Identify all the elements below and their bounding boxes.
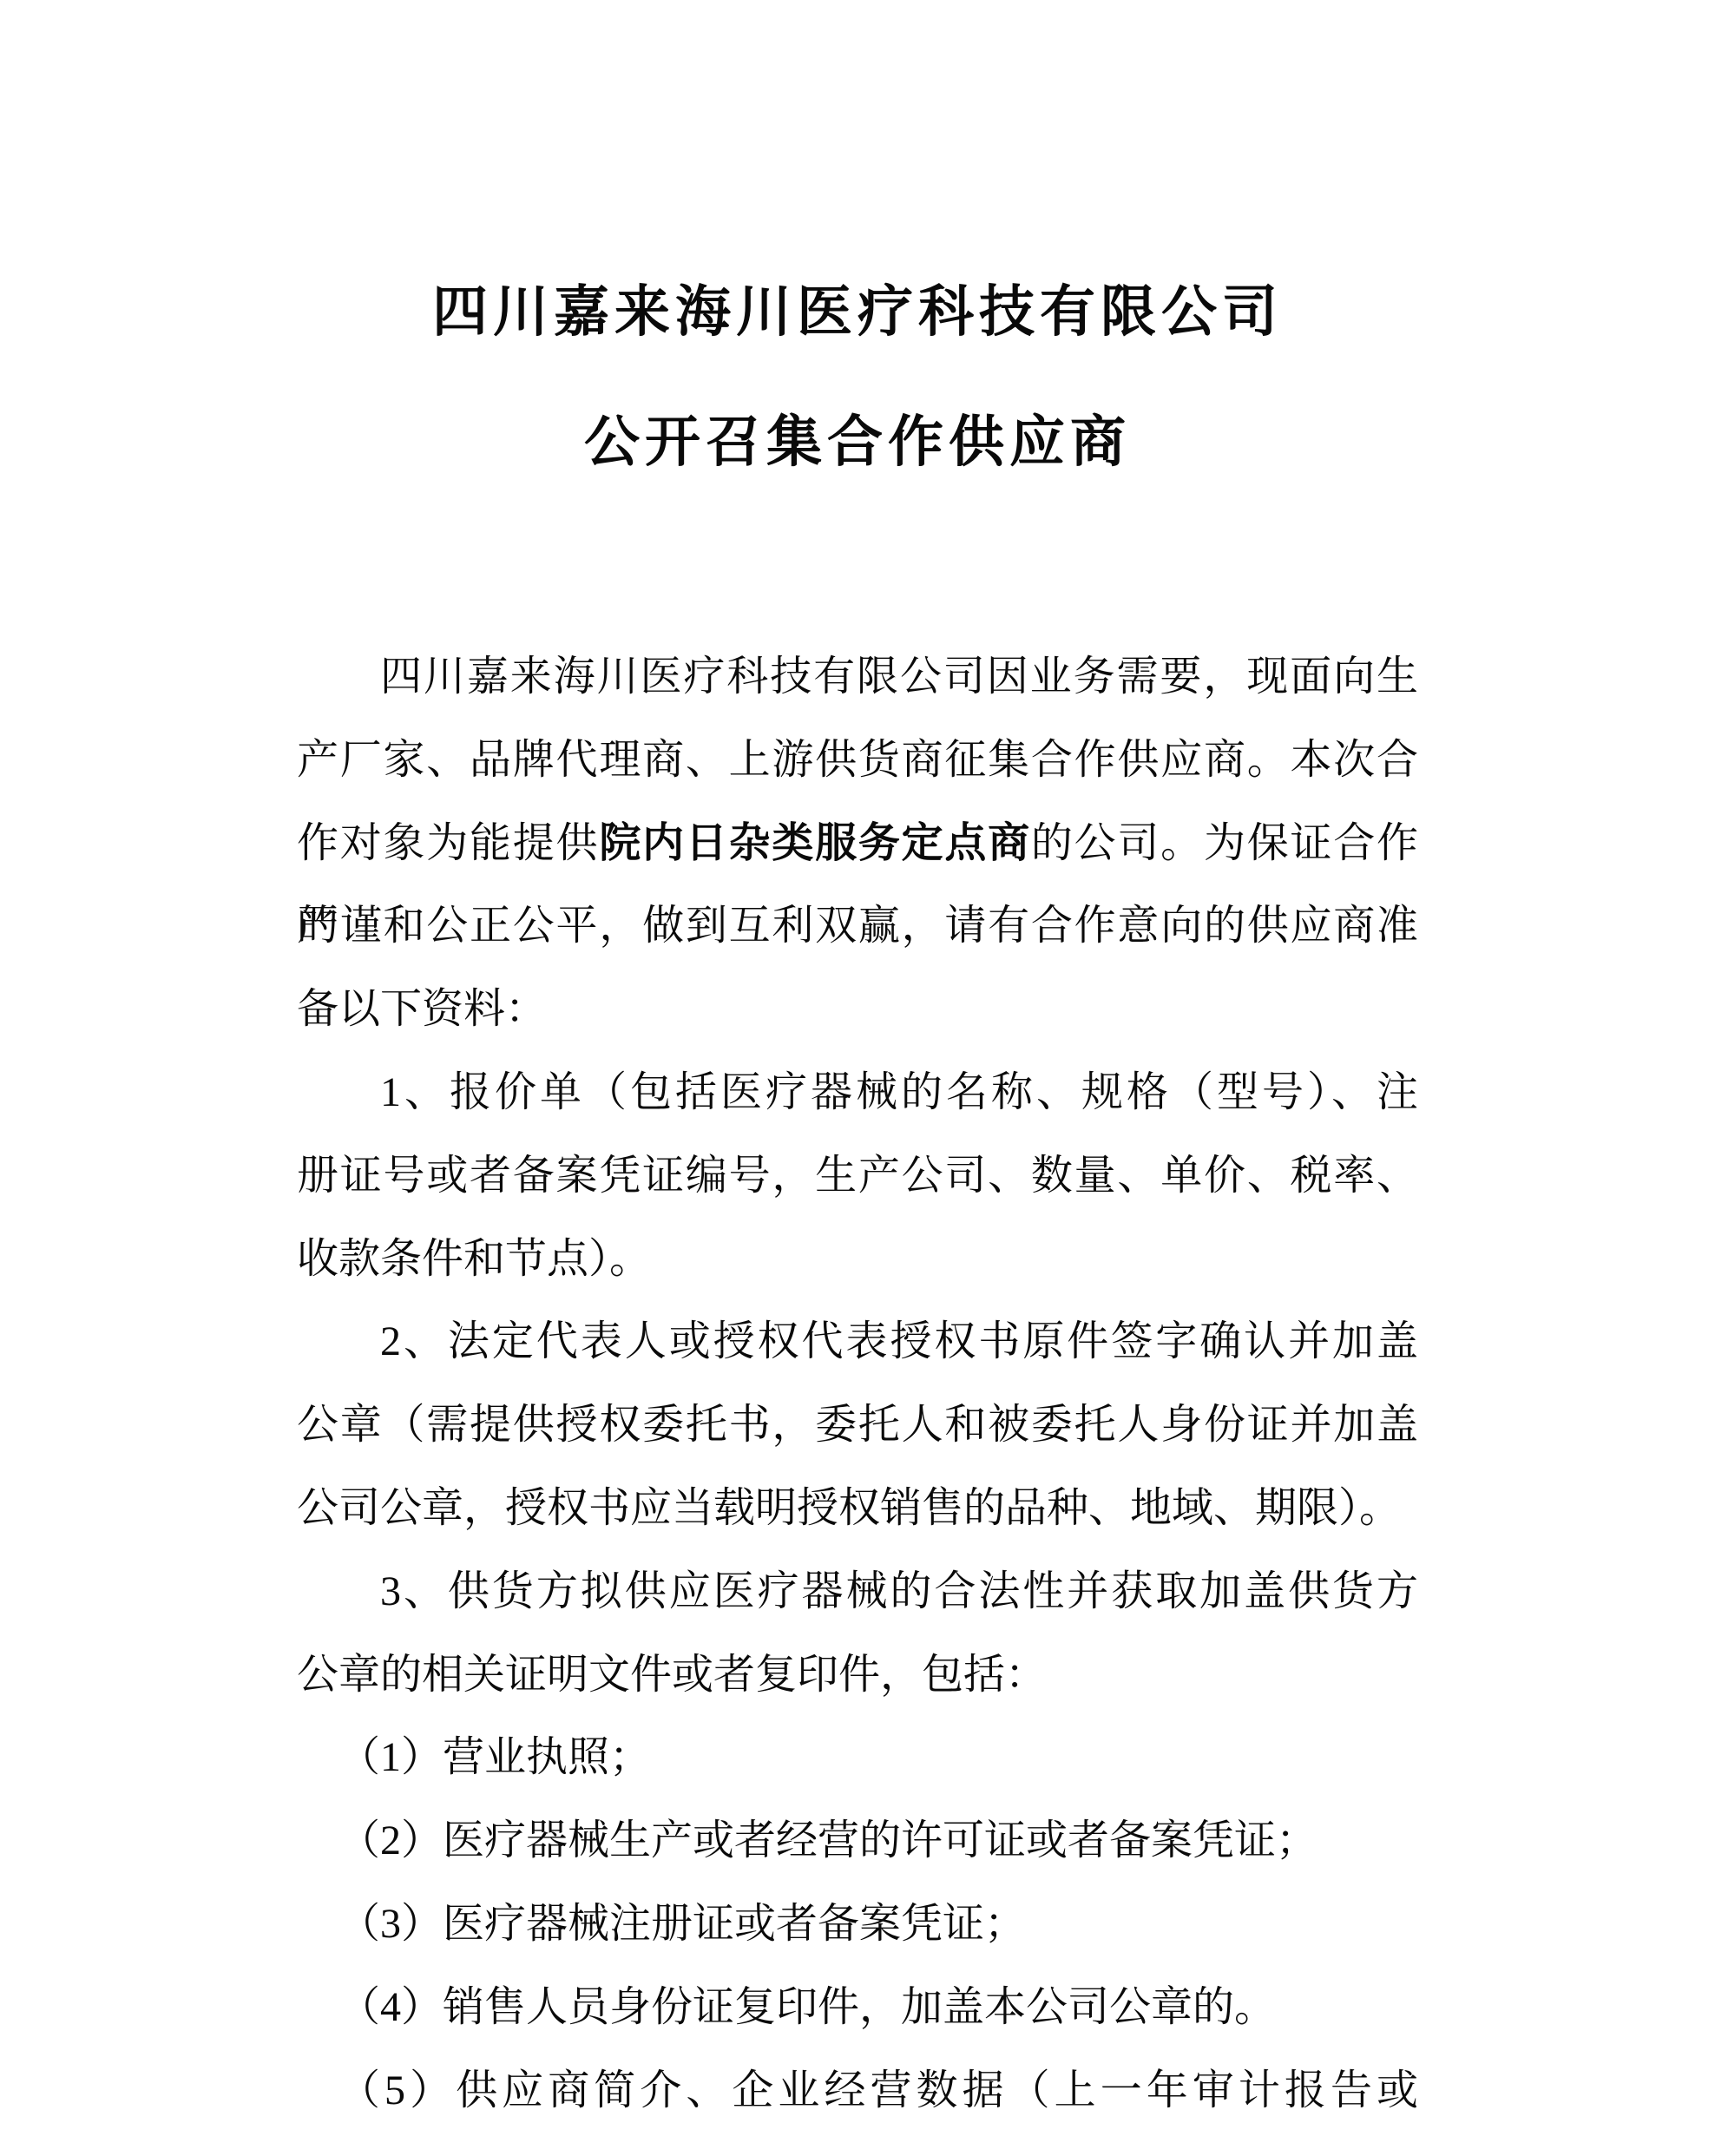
highlighted-service-type: 院内日杂类服务定点商 [599, 820, 1031, 866]
text-run: 作对象为能提供 [297, 820, 599, 866]
text-line: 公司公章，授权书应当载明授权销售的品种、地域、期限）。 [297, 1467, 1418, 1550]
text-line: 3、供货方拟供应医疗器械的合法性并获取加盖供货方 [297, 1550, 1418, 1633]
list-item: （2）医疗器械生产或者经营的许可证或者备案凭证； [297, 1799, 1418, 1883]
document-body: 四川嘉来海川医疗科技有限公司因业务需要，现面向生 产厂家、品牌代理商、上游供货商… [297, 635, 1418, 2132]
text-line: 产厂家、品牌代理商、上游供货商征集合作供应商。本次合 [297, 719, 1418, 802]
list-item: （4）销售人员身份证复印件，加盖本公司公章的。 [297, 1966, 1418, 2049]
document-title-line1: 四川嘉来海川医疗科技有限公司 [0, 281, 1715, 344]
list-item: （3）医疗器械注册证或者备案凭证； [297, 1883, 1418, 1966]
text-line: 严谨和公正公平，做到互利双赢，请有合作意向的供应商准 [297, 884, 1418, 968]
text-line: 2、法定代表人或授权代表授权书原件签字确认并加盖 [297, 1300, 1418, 1384]
text-line: 1、报价单（包括医疗器械的名称、规格（型号）、注 [297, 1051, 1418, 1134]
text-line: 册证号或者备案凭证编号，生产公司、数量、单价、税率、 [297, 1134, 1418, 1218]
text-line: 收款条件和节点）。 [297, 1218, 1418, 1301]
text-line: 备以下资料： [297, 968, 1418, 1051]
text-line: 四川嘉来海川医疗科技有限公司因业务需要，现面向生 [297, 635, 1418, 719]
text-line: 作对象为能提供院内日杂类服务定点商的公司。为保证合作的 [297, 802, 1418, 885]
document-page: 四川嘉来海川医疗科技有限公司 公开召集合作供应商 四川嘉来海川医疗科技有限公司因… [0, 0, 1715, 2156]
document-title-line2: 公开召集合作供应商 [0, 411, 1715, 474]
text-line: 公章的相关证明文件或者复印件，包括： [297, 1633, 1418, 1717]
text-line: 公章（需提供授权委托书，委托人和被委托人身份证并加盖 [297, 1384, 1418, 1467]
list-item: （1）营业执照； [297, 1716, 1418, 1799]
list-item: （5）供应商简介、企业经营数据（上一年审计报告或 [297, 2049, 1418, 2133]
